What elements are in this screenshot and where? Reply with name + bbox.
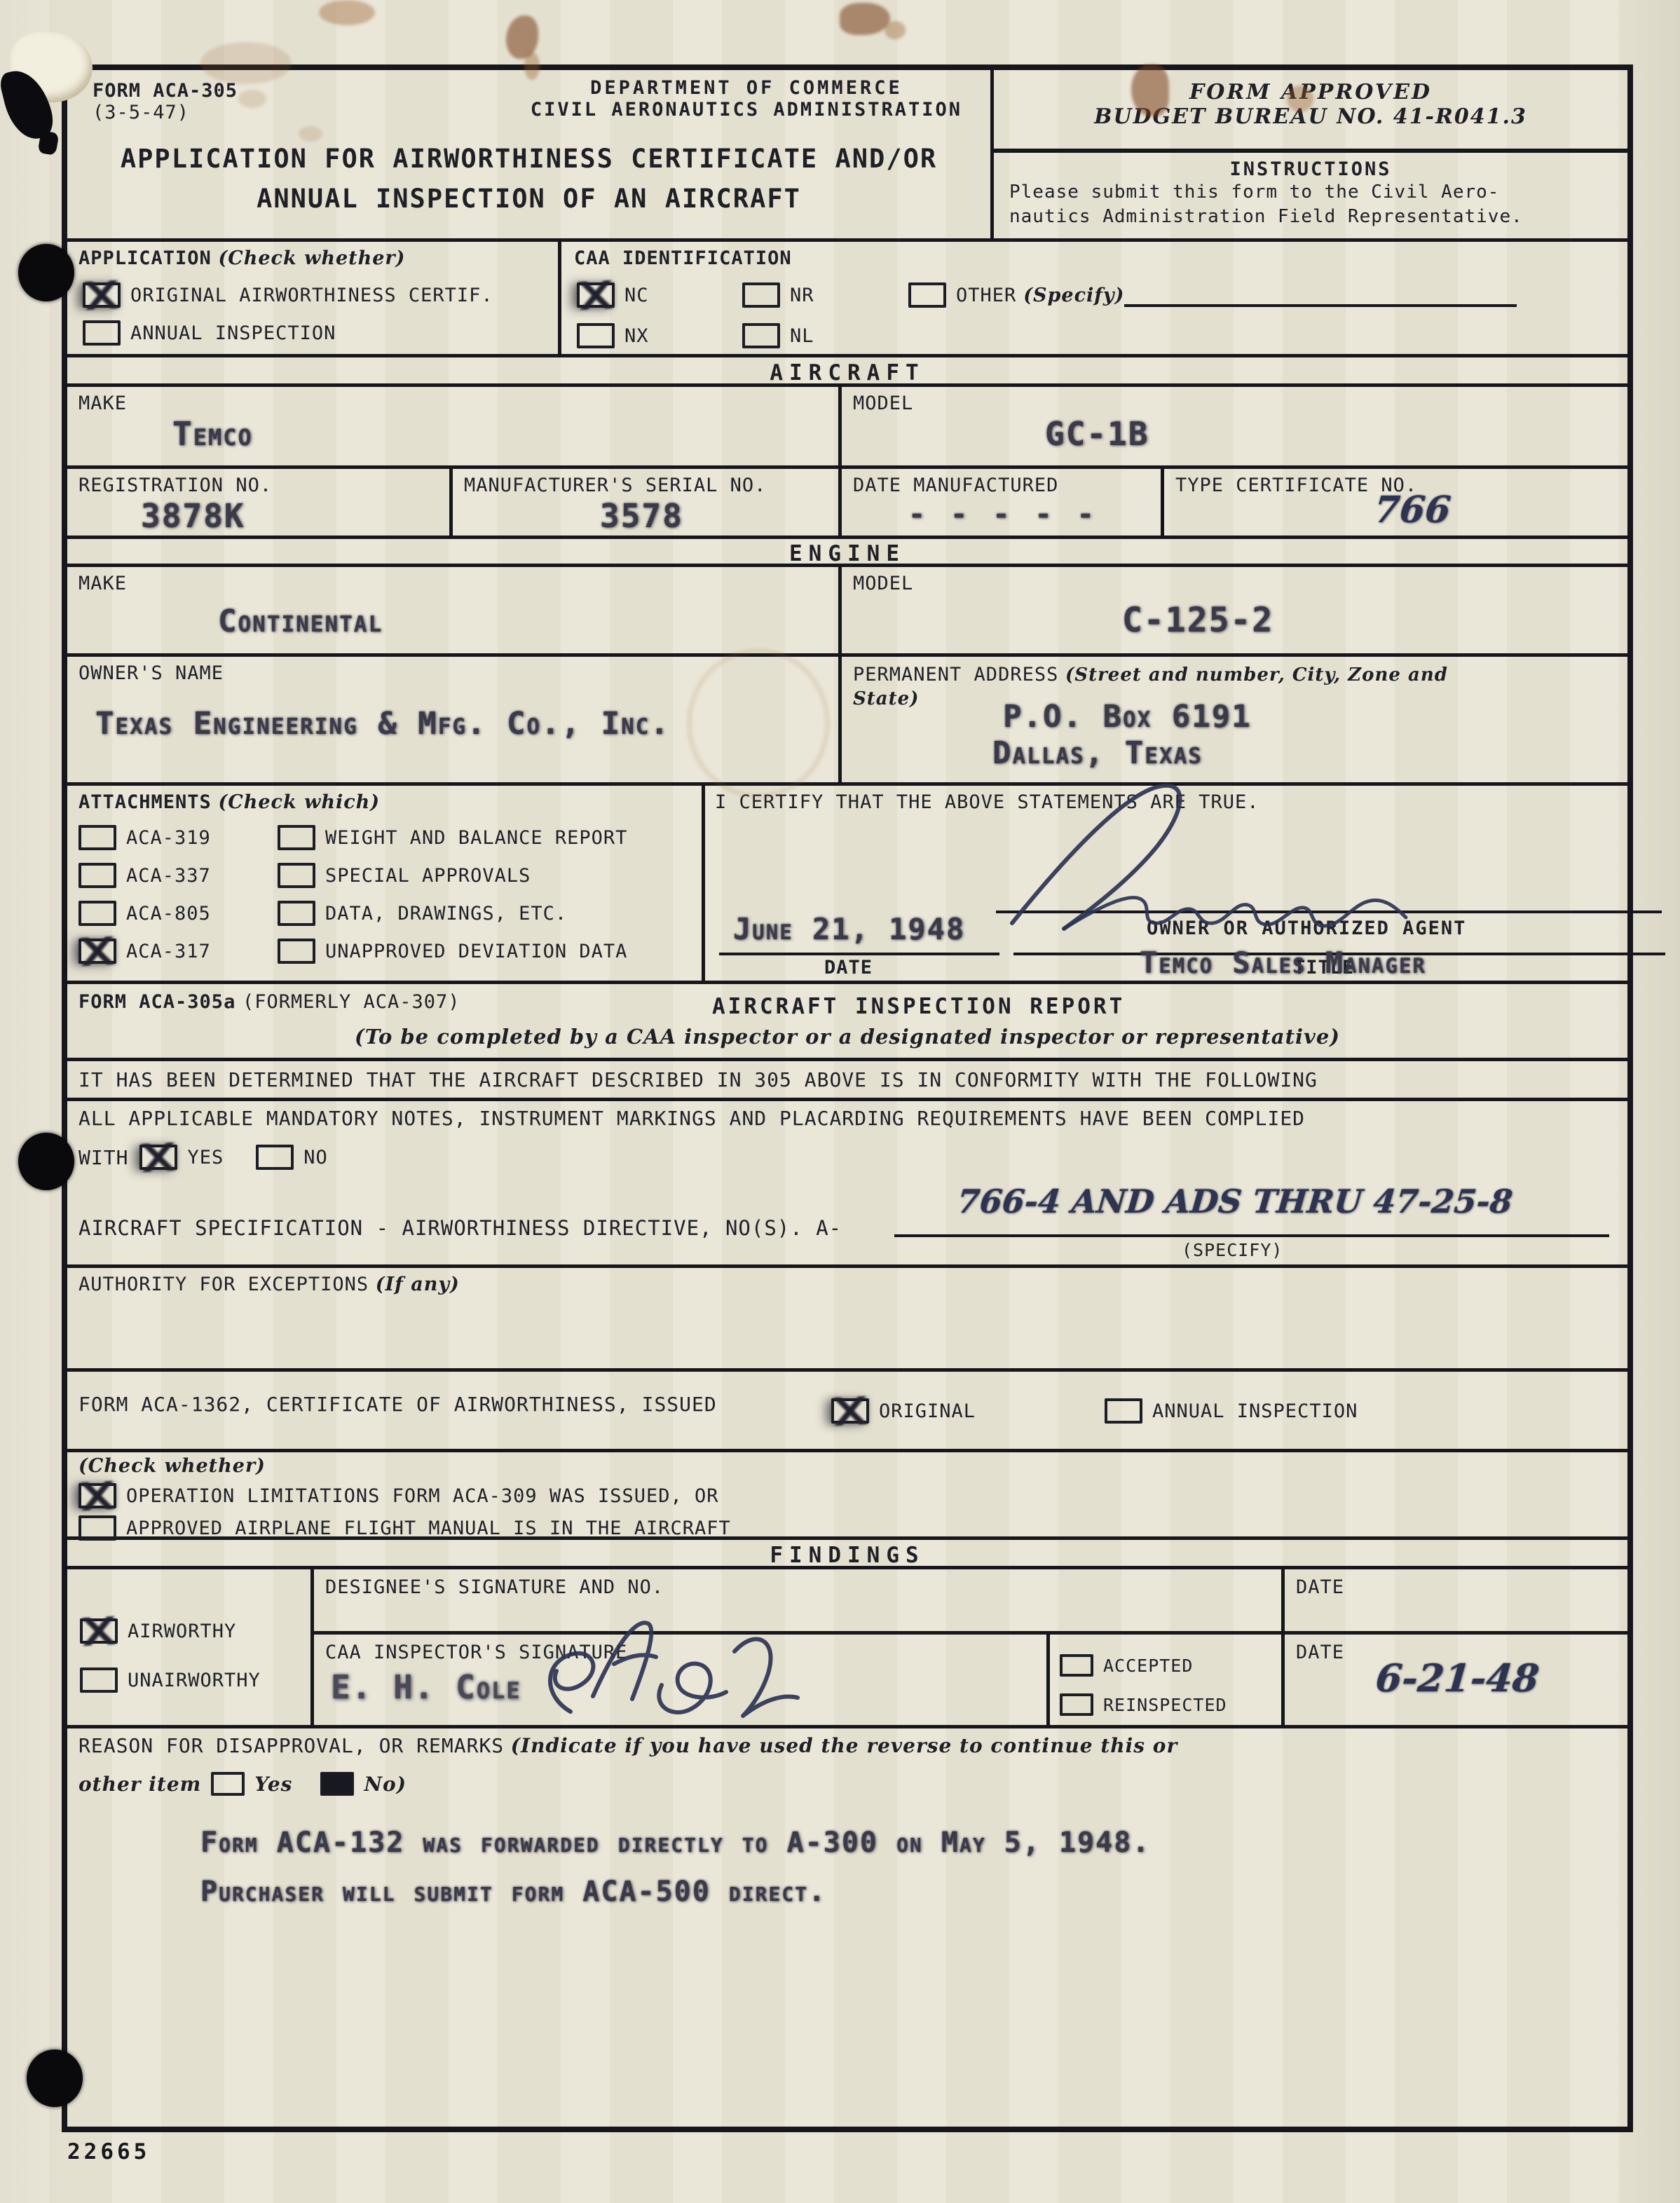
- findings-section-header: FINDINGS: [67, 1540, 1627, 1569]
- header-row: FORM ACA-305 (3-5-47) DEPARTMENT OF COMM…: [67, 70, 1627, 242]
- engine-model-value: C-125-2: [1122, 601, 1273, 640]
- checkbox-issued-original[interactable]: [831, 1398, 869, 1424]
- stain: [1287, 86, 1313, 112]
- checkbox-operation-limitations[interactable]: [78, 1483, 116, 1508]
- aircraft-make-value: Temco: [172, 415, 253, 453]
- checkbox-nc[interactable]: [577, 282, 615, 308]
- aircraft-model-value: GC-1B: [1045, 415, 1149, 453]
- checkbox-compliance-yes[interactable]: [139, 1145, 177, 1170]
- header-left: FORM ACA-305 (3-5-47) DEPARTMENT OF COMM…: [67, 70, 990, 238]
- hole-punch-icon: [27, 2049, 83, 2107]
- address-line1: P.O. Box 6191: [1003, 699, 1252, 735]
- address-note1: (Street and number, City, Zone and: [1065, 664, 1448, 686]
- nx-label: NX: [624, 325, 649, 347]
- attachments-note: (Check which): [218, 791, 380, 813]
- special-approvals-label: SPECIAL APPROVALS: [325, 865, 531, 887]
- hole-punch-icon: [18, 244, 74, 301]
- attachments-cell: ATTACHMENTS (Check which) ACA-319 ACA-33…: [67, 786, 702, 981]
- date-manufactured-cell: DATE MANUFACTURED - - - - -: [838, 469, 1161, 536]
- form-revision: (3-5-47): [93, 102, 238, 123]
- stain: [1131, 64, 1169, 116]
- checkbox-nl[interactable]: [742, 323, 780, 348]
- certify-cell: I CERTIFY THAT THE ABOVE STATEMENTS ARE …: [702, 786, 1627, 981]
- engine-section-header: ENGINE: [67, 539, 1627, 567]
- checkbox-special-approvals[interactable]: [278, 863, 315, 888]
- checkbox-aca-319[interactable]: [78, 825, 116, 850]
- spec-value: 766-4 AND ADS THRU 47-25-8: [956, 1182, 1515, 1220]
- remarks-label: REASON FOR DISAPPROVAL, OR REMARKS: [78, 1734, 504, 1757]
- form-border: FORM ACA-305 (3-5-47) DEPARTMENT OF COMM…: [62, 64, 1633, 2132]
- stain: [299, 126, 322, 142]
- aircraft-make-model-row: MAKE Temco MODEL GC-1B: [67, 387, 1627, 469]
- checkbox-original-airworthiness[interactable]: [83, 282, 121, 308]
- date-manufactured-value: - - - - -: [908, 498, 1098, 531]
- form-approved-box: FORM APPROVED BUDGET BUREAU NO. 41-R041.…: [994, 70, 1627, 153]
- check-whether-row: (Check whether) OPERATION LIMITATIONS FO…: [67, 1452, 1627, 1540]
- engine-make-model-row: MAKE Continental MODEL C-125-2: [67, 567, 1627, 657]
- remarks-note2: other item: [78, 1773, 201, 1796]
- dept-line2: CIVIL AERONAUTICS ADMINISTRATION: [531, 99, 962, 121]
- stain: [319, 0, 375, 25]
- owner-row: OWNER'S NAME Texas Engineering & Mfg. Co…: [67, 657, 1627, 786]
- hole-punch-icon: [18, 1133, 74, 1190]
- serial-label: MANUFACTURER'S SERIAL NO.: [464, 475, 766, 496]
- checkbox-reinspected[interactable]: [1060, 1693, 1093, 1716]
- checkbox-flight-manual[interactable]: [78, 1515, 116, 1541]
- aircraft-make-label: MAKE: [78, 393, 127, 414]
- engine-make-value: Continental: [218, 603, 383, 639]
- aircraft-model-label: MODEL: [853, 393, 913, 414]
- engine-make-label: MAKE: [78, 573, 127, 594]
- registration-value: 3878K: [141, 497, 245, 535]
- nc-label: NC: [624, 285, 649, 306]
- aircraft-model-cell: MODEL GC-1B: [838, 387, 1627, 465]
- form-title: APPLICATION FOR AIRWORTHINESS CERTIFICAT…: [67, 139, 990, 219]
- serial-cell: MANUFACTURER'S SERIAL NO. 3578: [449, 469, 838, 536]
- authority-label: AUTHORITY FOR EXCEPTIONS: [78, 1274, 369, 1295]
- owner-signature[interactable]: [985, 773, 1434, 948]
- checkbox-aca-317[interactable]: [78, 939, 116, 964]
- spec-label: AIRCRAFT SPECIFICATION - AIRWORTHINESS D…: [78, 1216, 842, 1240]
- checkbox-remarks-yes[interactable]: [211, 1772, 245, 1796]
- compliance-line2: WITH: [78, 1146, 128, 1169]
- authority-row: AUTHORITY FOR EXCEPTIONS (If any): [67, 1268, 1627, 1372]
- caa-id-cell: CAA IDENTIFICATION NC NR NX NL: [558, 242, 1627, 354]
- compliance-row: ALL APPLICABLE MANDATORY NOTES, INSTRUME…: [67, 1101, 1627, 1268]
- checkbox-airworthy[interactable]: [80, 1618, 118, 1644]
- designee-date-label: DATE: [1296, 1576, 1344, 1598]
- type-certificate-cell: TYPE CERTIFICATE NO. 766: [1161, 469, 1627, 536]
- checkbox-nr[interactable]: [742, 282, 780, 308]
- aircraft-make-cell: MAKE Temco: [67, 387, 838, 465]
- findings-verdict-cell: AIRWORTHY UNAIRWORTHY: [67, 1569, 314, 1725]
- cert-issued-label: FORM ACA-1362, CERTIFICATE OF AIRWORTHIN…: [78, 1393, 717, 1416]
- engine-make-cell: MAKE Continental: [67, 567, 838, 653]
- inspection-date-cell: DATE 6-21-48: [1281, 1635, 1627, 1725]
- inspection-title: AIRCRAFT INSPECTION REPORT: [712, 994, 1125, 1019]
- remarks-line2: Purchaser will submit form ACA-500 direc…: [200, 1876, 826, 1908]
- owner-name-value: Texas Engineering & Mfg. Co., Inc.: [95, 706, 670, 742]
- attachments-label: ATTACHMENTS: [78, 791, 212, 813]
- designee-label: DESIGNEE'S SIGNATURE AND NO.: [325, 1576, 664, 1598]
- certify-date-line[interactable]: [719, 953, 999, 955]
- other-label: OTHER: [956, 285, 1016, 306]
- remarks-line1: Form ACA-132 was forwarded directly to A…: [200, 1827, 1150, 1859]
- compliance-no-label: NO: [303, 1147, 328, 1168]
- date-manufactured-label: DATE MANUFACTURED: [853, 475, 1058, 496]
- nl-label: NL: [790, 325, 814, 347]
- checkbox-other[interactable]: [908, 282, 946, 308]
- application-note: (Check whether): [218, 247, 405, 269]
- checkbox-aca-805[interactable]: [78, 901, 116, 926]
- stain: [840, 3, 890, 35]
- registration-label: REGISTRATION NO.: [78, 475, 272, 496]
- checkbox-weight-balance[interactable]: [278, 825, 315, 850]
- serial-value: 3578: [600, 497, 683, 535]
- determination-row: IT HAS BEEN DETERMINED THAT THE AIRCRAFT…: [67, 1061, 1627, 1101]
- checkbox-issued-annual[interactable]: [1105, 1398, 1142, 1424]
- inspector-cell: CAA INSPECTOR'S SIGNATURE E. H. Cole: [314, 1635, 1046, 1725]
- remarks-row: REASON FOR DISAPPROVAL, OR REMARKS (Indi…: [67, 1728, 1627, 2127]
- original-airworthiness-label: ORIGINAL AIRWORTHINESS CERTIF.: [130, 285, 493, 306]
- remarks-no-label: No): [364, 1773, 407, 1796]
- address-line2: Dallas, Texas: [992, 735, 1203, 771]
- unapproved-deviation-label: UNAPPROVED DEVIATION DATA: [325, 941, 627, 962]
- inspection-date-value: 6-21-48: [1374, 1656, 1541, 1700]
- instructions-title: INSTRUCTIONS: [994, 158, 1627, 180]
- checkbox-remarks-no[interactable]: [320, 1772, 354, 1796]
- certify-date-label: DATE: [824, 957, 873, 978]
- weight-balance-label: WEIGHT AND BALANCE REPORT: [325, 827, 627, 849]
- aca-805-label: ACA-805: [126, 903, 211, 925]
- instructions-box: INSTRUCTIONS Please submit this form to …: [994, 153, 1627, 238]
- application-cell: APPLICATION (Check whether) ORIGINAL AIR…: [67, 242, 558, 354]
- inspector-signature[interactable]: [503, 1607, 840, 1740]
- checkbox-compliance-no[interactable]: [256, 1145, 294, 1170]
- owner-address-cell: PERMANENT ADDRESS (Street and number, Ci…: [838, 657, 1627, 782]
- engine-model-label: MODEL: [853, 573, 913, 594]
- checkbox-nx[interactable]: [577, 323, 615, 348]
- other-specify-field[interactable]: [1124, 283, 1517, 307]
- aca-317-label: ACA-317: [126, 941, 211, 962]
- stain: [885, 21, 906, 39]
- inspection-date-label: DATE: [1296, 1642, 1344, 1663]
- checkbox-unapproved-deviation[interactable]: [278, 939, 315, 964]
- designee-date-cell[interactable]: DATE: [1281, 1569, 1627, 1631]
- issued-annual-label: ANNUAL INSPECTION: [1152, 1400, 1358, 1422]
- attachments-certify-row: ATTACHMENTS (Check which) ACA-319 ACA-33…: [67, 786, 1627, 984]
- compliance-line1: ALL APPLICABLE MANDATORY NOTES, INSTRUME…: [78, 1107, 1305, 1130]
- inspection-form-ref: FORM ACA-305a: [78, 991, 235, 1013]
- checkbox-aca-337[interactable]: [78, 863, 116, 888]
- checkbox-annual-inspection[interactable]: [83, 320, 121, 346]
- nr-label: NR: [790, 285, 814, 306]
- spec-field-line[interactable]: [894, 1234, 1609, 1237]
- inspection-subtitle: (To be completed by a CAA inspector or a…: [67, 1025, 1627, 1049]
- other-note: (Specify): [1023, 285, 1124, 306]
- aca-337-label: ACA-337: [126, 865, 211, 887]
- instructions-text: Please submit this form to the Civil Aer…: [994, 180, 1627, 229]
- authority-note: (If any): [376, 1274, 460, 1295]
- stain: [524, 52, 540, 80]
- inspector-typed-name: E. H. Cole: [331, 1668, 521, 1706]
- acceptance-cell: ACCEPTED REINSPECTED: [1046, 1635, 1281, 1725]
- application-row: APPLICATION (Check whether) ORIGINAL AIR…: [67, 242, 1627, 357]
- airworthy-label: AIRWORTHY: [128, 1621, 236, 1642]
- specify-label: (SPECIFY): [1182, 1240, 1283, 1260]
- findings-table: AIRWORTHY UNAIRWORTHY DESIGNEE'S SIGNATU…: [67, 1569, 1627, 1728]
- address-label: PERMANENT ADDRESS: [853, 664, 1058, 686]
- findings-right: DESIGNEE'S SIGNATURE AND NO. DATE CAA IN…: [314, 1569, 1627, 1725]
- form-number: FORM ACA-305: [93, 80, 238, 102]
- registration-cell: REGISTRATION NO. 3878K: [67, 469, 449, 536]
- scanned-form-page: FORM ACA-305 (3-5-47) DEPARTMENT OF COMM…: [0, 0, 1680, 2203]
- inspection-form-ref-note: (FORMERLY ACA-307): [243, 991, 460, 1013]
- inspection-report-header-row: FORM ACA-305a (FORMERLY ACA-307) AIRCRAF…: [67, 984, 1627, 1061]
- accepted-label: ACCEPTED: [1103, 1656, 1193, 1676]
- checkbox-accepted[interactable]: [1060, 1654, 1093, 1677]
- certify-title-value: Temco Sales Manager: [1140, 946, 1426, 980]
- caa-id-label: CAA IDENTIFICATION: [574, 247, 792, 269]
- flight-manual-label: APPROVED AIRPLANE FLIGHT MANUAL IS IN TH…: [126, 1517, 731, 1539]
- document-serial-number: 22665: [67, 2139, 150, 2164]
- checkbox-unairworthy[interactable]: [80, 1667, 118, 1693]
- stain: [687, 648, 830, 798]
- operation-limitations-label: OPERATION LIMITATIONS FORM ACA-309 WAS I…: [126, 1485, 719, 1507]
- aircraft-details-row: REGISTRATION NO. 3878K MANUFACTURER'S SE…: [67, 469, 1627, 539]
- remarks-yes-label: Yes: [254, 1773, 292, 1796]
- compliance-yes-label: YES: [187, 1147, 224, 1168]
- checkbox-data-drawings[interactable]: [278, 901, 315, 926]
- annual-inspection-label: ANNUAL INSPECTION: [130, 322, 336, 344]
- aca-1362-row: FORM ACA-1362, CERTIFICATE OF AIRWORTHIN…: [67, 1372, 1627, 1452]
- stain: [200, 42, 292, 84]
- aircraft-section-header: AIRCRAFT: [67, 357, 1627, 387]
- check-whether-note: (Check whether): [78, 1455, 266, 1477]
- application-label: APPLICATION: [78, 247, 212, 269]
- owner-name-label: OWNER'S NAME: [78, 662, 224, 684]
- unairworthy-label: UNAIRWORTHY: [128, 1670, 261, 1691]
- issued-original-label: ORIGINAL: [879, 1400, 976, 1422]
- data-drawings-label: DATA, DRAWINGS, ETC.: [325, 903, 567, 925]
- type-certificate-value: 766: [1372, 489, 1452, 531]
- stain: [238, 90, 266, 108]
- inspector-row: CAA INSPECTOR'S SIGNATURE E. H. Cole A: [314, 1635, 1627, 1725]
- torn-corner-mark: [37, 130, 59, 156]
- certify-date-value: June 21, 1948: [733, 912, 965, 946]
- aca-319-label: ACA-319: [126, 827, 211, 849]
- reinspected-label: REINSPECTED: [1103, 1695, 1227, 1715]
- dept-line1: DEPARTMENT OF COMMERCE: [531, 77, 962, 99]
- engine-model-cell: MODEL C-125-2: [838, 567, 1627, 653]
- approved-line2: BUDGET BUREAU NO. 41-R041.3: [994, 104, 1627, 129]
